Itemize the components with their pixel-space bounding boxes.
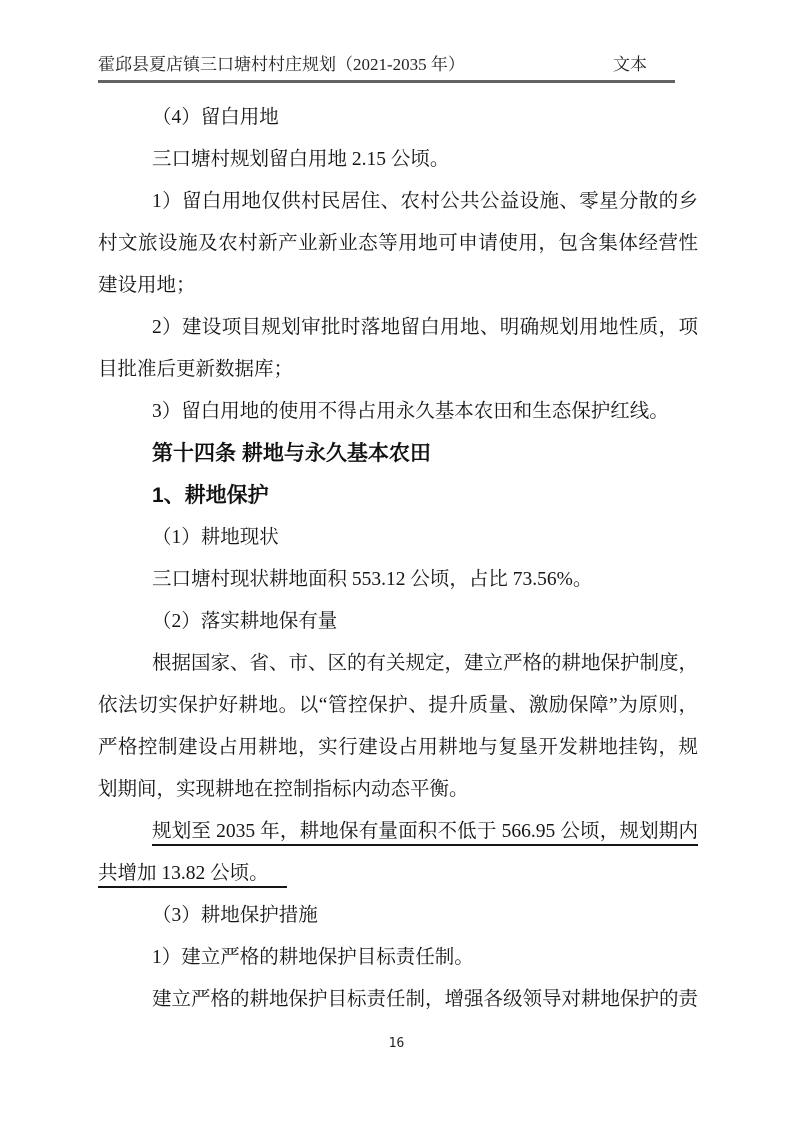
text-line: 1）留白用地仅供村民居住、农村公共公益设施、零星分散的乡 xyxy=(98,181,698,223)
text-line: 3）留白用地的使用不得占用永久基本农田和生态保护红线。 xyxy=(98,391,698,433)
text-line: 目批准后更新数据库； xyxy=(98,349,698,391)
document-page: 霍邱县夏店镇三口塘村村庄规划（2021-2035 年） 文本 （4）留白用地 三… xyxy=(0,0,793,1122)
text-line: （1）耕地现状 xyxy=(98,517,698,559)
document-body: （4）留白用地 三口塘村规划留白用地 2.15 公顷。 1）留白用地仅供村民居住… xyxy=(98,97,698,1021)
text-line: 划期间，实现耕地在控制指标内动态平衡。 xyxy=(98,769,698,811)
underlined-text-line: 共增加 13.82 公顷。 xyxy=(98,853,698,895)
subsection-heading: 1、耕地保护 xyxy=(98,475,698,517)
text-line: 依法切实保护好耕地。以“管控保护、提升质量、激励保障”为原则， xyxy=(98,685,698,727)
text-line: 三口塘村规划留白用地 2.15 公顷。 xyxy=(98,139,698,181)
text-line: 建设用地； xyxy=(98,265,698,307)
underlined-text-line: 规划至 2035 年，耕地保有量面积不低于 566.95 公顷，规划期内 xyxy=(98,811,698,853)
text-line: 三口塘村现状耕地面积 553.12 公顷，占比 73.56%。 xyxy=(98,559,698,601)
text-line: 严格控制建设占用耕地，实行建设占用耕地与复垦开发耕地挂钩，规 xyxy=(98,727,698,769)
page-number: 16 xyxy=(0,1036,793,1051)
text-line: 建立严格的耕地保护目标责任制，增强各级领导对耕地保护的责 xyxy=(98,979,698,1021)
text-line: 1）建立严格的耕地保护目标责任制。 xyxy=(98,937,698,979)
text-line: （2）落实耕地保有量 xyxy=(98,601,698,643)
header-document-title: 霍邱县夏店镇三口塘村村庄规划（2021-2035 年） xyxy=(98,50,465,75)
section-heading: 第十四条 耕地与永久基本农田 xyxy=(98,433,698,475)
underline-text: 规划至 2035 年，耕地保有量面积不低于 566.95 公顷，规划期内 xyxy=(152,821,698,846)
underline-text: 共增加 13.82 公顷。 xyxy=(98,863,287,888)
text-line: 根据国家、省、市、区的有关规定，建立严格的耕地保护制度， xyxy=(98,643,698,685)
text-line: （4）留白用地 xyxy=(98,97,698,139)
text-line: 2）建设项目规划审批时落地留白用地、明确规划用地性质，项 xyxy=(98,307,698,349)
text-line: （3）耕地保护措施 xyxy=(98,895,698,937)
text-line: 村文旅设施及农村新产业新业态等用地可申请使用，包含集体经营性 xyxy=(98,223,698,265)
page-header: 霍邱县夏店镇三口塘村村庄规划（2021-2035 年） 文本 xyxy=(98,50,675,83)
header-doc-type-label: 文本 xyxy=(613,50,675,75)
